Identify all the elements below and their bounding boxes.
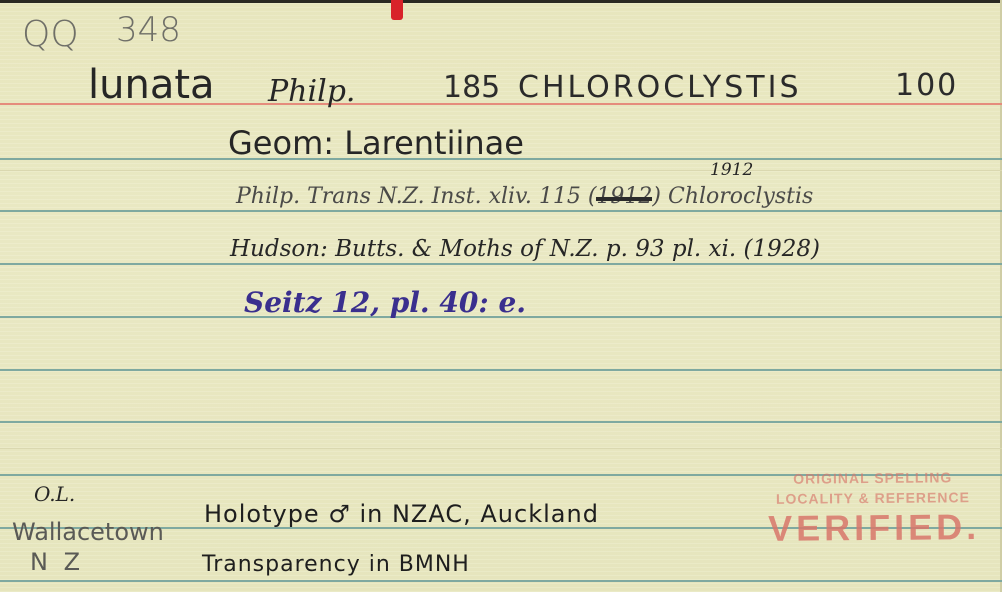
ruled-line-faint: [0, 170, 1002, 171]
transparency-note: Transparency in BMNH: [202, 552, 470, 577]
reference-seitz: Seitz 12, pl. 40: e.: [244, 286, 526, 319]
species-author: Philp.: [268, 74, 355, 109]
ruled-line: [0, 580, 1002, 582]
verified-stamp: ORIGINAL SPELLING LOCALITY & REFERENCE V…: [768, 467, 979, 549]
pencil-ref-left: QQ: [22, 14, 79, 55]
red-index-tab: [391, 0, 403, 20]
stamp-line-2: LOCALITY & REFERENCE: [768, 487, 978, 509]
reference-hudson: Hudson: Butts. & Moths of N.Z. p. 93 pl.…: [230, 236, 820, 262]
family-subfamily: Geom: Larentiinae: [228, 124, 524, 162]
locality-country: N Z: [30, 548, 84, 576]
year-superscript: 1912: [710, 160, 753, 180]
pencil-ref-right: 348: [116, 10, 181, 50]
holotype-note: Holotype ♂ in NZAC, Auckland: [204, 500, 599, 528]
stamp-line-1: ORIGINAL SPELLING: [768, 467, 978, 489]
ruled-line: [0, 421, 1002, 423]
reference-original-description: Philp. Trans N.Z. Inst. xliv. 115 (1912)…: [236, 184, 813, 209]
ruled-line: [0, 369, 1002, 371]
page-ref: 100: [895, 68, 958, 103]
locality-code: O.L.: [34, 482, 75, 506]
struck-year: 1912: [596, 184, 652, 209]
ruled-line-faint: [0, 448, 1002, 449]
species-name: lunata: [88, 62, 215, 108]
ruled-line: [0, 210, 1002, 212]
index-card: QQ 348 lunata Philp. 185 CHLOROCLYSTIS 1…: [0, 0, 1002, 592]
genus-number: 185: [443, 70, 500, 105]
genus-name: CHLOROCLYSTIS: [518, 70, 801, 105]
locality-name: Wallacetown: [12, 518, 164, 546]
stamp-verified: VERIFIED.: [768, 507, 978, 549]
ruled-line: [0, 263, 1002, 265]
card-top-edge: [0, 0, 1002, 3]
